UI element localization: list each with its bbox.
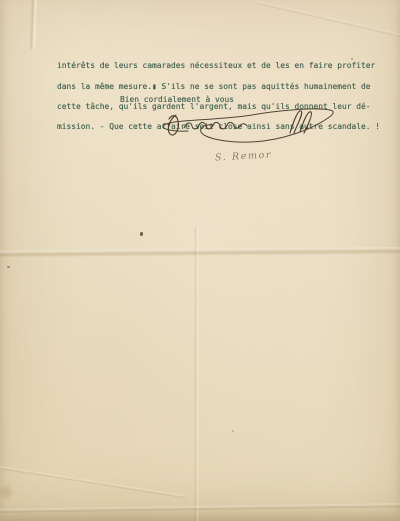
ink-signature bbox=[154, 101, 340, 147]
paper-speck bbox=[232, 430, 234, 432]
paper-stain bbox=[0, 484, 16, 500]
crease-bottom-edge bbox=[0, 503, 400, 513]
body-line: dans la même mesure.▮ S'ils ne se sont p… bbox=[57, 84, 387, 91]
fold-crease-top-left bbox=[29, 0, 38, 49]
body-line: intérêts de leurs camarades nécessiteux … bbox=[57, 63, 387, 70]
fold-crease-vertical-center bbox=[194, 228, 199, 521]
crease-top-right bbox=[257, 1, 400, 42]
crease-bottom-left bbox=[0, 464, 187, 498]
pencil-annotation: S. Remor bbox=[215, 150, 273, 164]
signature-capital-stroke bbox=[168, 115, 178, 135]
signature-letters-stroke bbox=[184, 122, 247, 128]
paper-speck bbox=[7, 266, 10, 268]
paper-speck bbox=[140, 232, 143, 236]
fold-crease-horizontal bbox=[0, 247, 400, 258]
signature-f-stroke bbox=[290, 111, 302, 133]
letter-page: intérêts de leurs camarades nécessiteux … bbox=[0, 0, 400, 521]
